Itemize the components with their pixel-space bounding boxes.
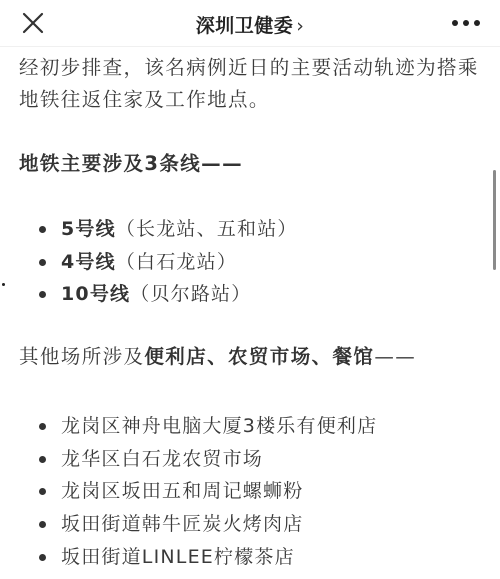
bullet-icon	[39, 456, 46, 463]
subway-stations: （贝尔路站）	[130, 283, 251, 305]
list-item: 坂田街道韩牛匠炭火烤肉店	[0, 508, 500, 541]
artifact-dot	[2, 283, 5, 286]
vertical-scrollbar[interactable]	[493, 170, 496, 270]
bullet-icon	[39, 226, 46, 233]
subway-line-name: 4号线	[61, 251, 116, 273]
list-item: 坂田街道LINLEE柠檬茶店	[0, 541, 500, 574]
subway-line-name: 5号线	[61, 218, 116, 240]
intro-line-1: 经初步排查，该名病例近日的主要活动轨迹为搭乘	[19, 56, 479, 79]
more-dot-icon	[474, 20, 480, 26]
bullet-icon	[39, 423, 46, 430]
places-heading-bold: 便利店、农贸市场、餐馆	[144, 345, 374, 368]
subway-stations: （长龙站、五和站）	[116, 218, 298, 240]
places-heading: 其他场所涉及便利店、农贸市场、餐馆——	[19, 341, 489, 373]
bullet-icon	[39, 488, 46, 495]
bullet-icon	[39, 291, 46, 298]
place-name: 坂田街道LINLEE柠檬茶店	[61, 546, 295, 568]
bullet-icon	[39, 259, 46, 266]
bullet-icon	[39, 521, 46, 528]
list-item: 龙华区白石龙农贸市场	[0, 443, 500, 476]
list-item: 10号线（贝尔路站）	[0, 278, 500, 311]
places-list: 龙岗区神舟电脑大厦3楼乐有便利店 龙华区白石龙农贸市场 龙岗区坂田五和周记螺蛳粉…	[0, 410, 500, 573]
chevron-right-icon: ›	[296, 15, 304, 37]
intro-line-2: 地铁往返住家及工作地点。	[19, 88, 270, 111]
subway-heading: 地铁主要涉及3条线——	[19, 148, 489, 180]
places-heading-prefix: 其他场所涉及	[19, 345, 144, 368]
subway-lines-list: 5号线（长龙站、五和站） 4号线（白石龙站） 10号线（贝尔路站）	[0, 213, 500, 311]
top-nav-bar: 深圳卫健委›	[0, 0, 500, 47]
list-item: 5号线（长龙站、五和站）	[0, 213, 500, 246]
more-options-button[interactable]	[452, 16, 480, 30]
place-name: 龙岗区坂田五和周记螺蛳粉	[61, 480, 303, 502]
intro-paragraph: 经初步排查，该名病例近日的主要活动轨迹为搭乘 地铁往返住家及工作地点。	[19, 52, 489, 116]
account-title-link[interactable]: 深圳卫健委›	[0, 11, 500, 38]
more-dot-icon	[463, 20, 469, 26]
subway-stations: （白石龙站）	[116, 251, 237, 273]
account-name: 深圳卫健委	[196, 15, 294, 37]
bullet-icon	[39, 554, 46, 561]
subway-line-name: 10号线	[61, 283, 130, 305]
list-item: 龙岗区神舟电脑大厦3楼乐有便利店	[0, 410, 500, 443]
place-name: 坂田街道韩牛匠炭火烤肉店	[61, 513, 303, 535]
place-name: 龙岗区神舟电脑大厦3楼乐有便利店	[61, 415, 377, 437]
places-heading-suffix: ——	[374, 345, 416, 368]
list-item: 龙岗区坂田五和周记螺蛳粉	[0, 475, 500, 508]
more-dot-icon	[452, 20, 458, 26]
place-name: 龙华区白石龙农贸市场	[61, 448, 263, 470]
list-item: 4号线（白石龙站）	[0, 246, 500, 279]
